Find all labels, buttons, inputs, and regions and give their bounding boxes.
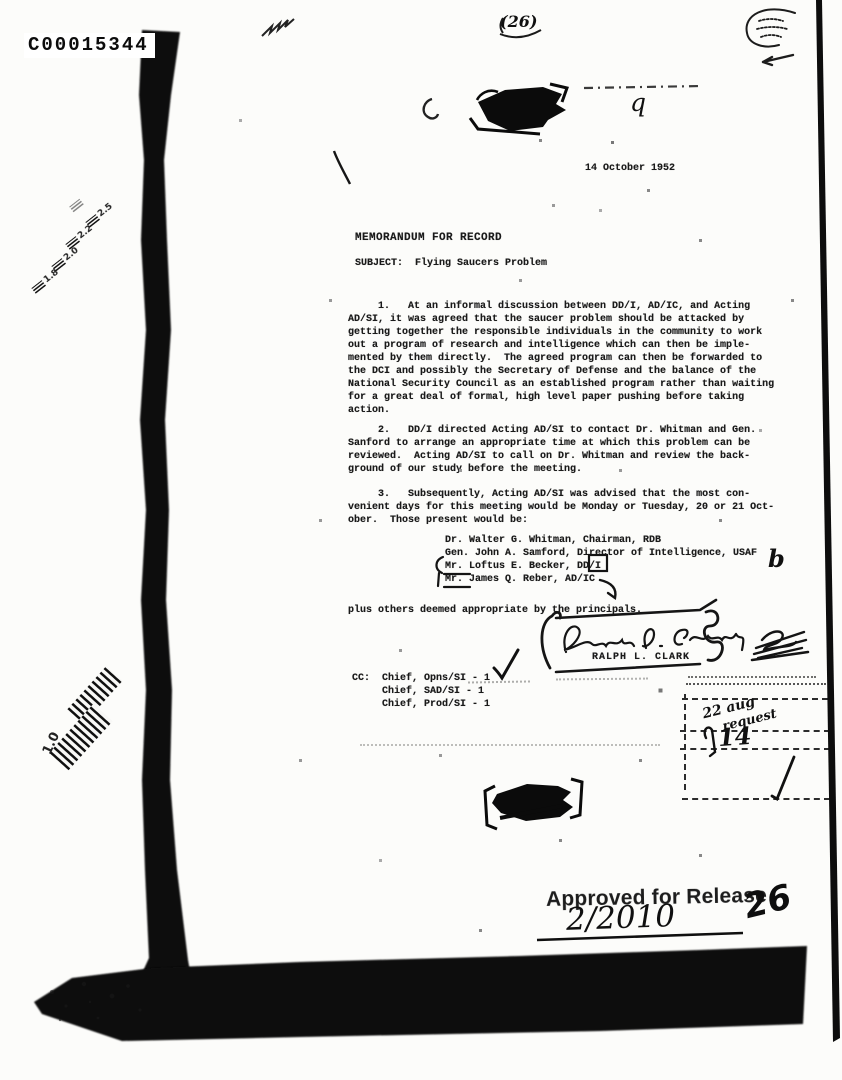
- crossed-initials-scribble: [752, 632, 808, 661]
- redaction-scribble-top: [470, 84, 567, 134]
- release-date-handwritten: 2/2010: [565, 898, 675, 938]
- routing-box-left-edge: [684, 694, 686, 790]
- memo-heading: MEMORANDUM FOR RECORD: [355, 232, 502, 245]
- routing-box-line: [680, 748, 830, 750]
- page-edge-line: [816, 0, 840, 1042]
- res-bar: [31, 280, 46, 294]
- routing-box: 22 aug request 14: [680, 680, 832, 810]
- top-right-stamp-scribble: [747, 9, 795, 65]
- attendee-line: Mr. Loftus E. Becker, DD/I: [445, 560, 601, 573]
- stray-q-mark: q: [630, 88, 646, 117]
- stray-j-mark: [424, 99, 438, 118]
- res-bar: [69, 199, 84, 213]
- bottom-band-artifact: [34, 946, 807, 1041]
- memo-date: 14 October 1952: [585, 162, 675, 175]
- signature-typed-name: RALPH L. CLARK: [592, 651, 690, 664]
- pen-diagonal-mark: [334, 151, 350, 184]
- redaction-scribble-bottom: [485, 779, 582, 829]
- scanned-memo-page: C00015344 (26) q 2.5 2.2 2.0 1.8 1.0 14 …: [0, 0, 842, 1080]
- tiny-scribble-mark: [262, 19, 294, 36]
- resolution-chart-upper: 2.5 2.2 2.0 1.8: [18, 188, 138, 298]
- toner-speckles: [0, 0, 1, 1]
- smudge-row: [688, 676, 816, 678]
- circled-page-number: (26): [500, 12, 537, 31]
- memo-paragraph-2: 2. DD/I directed Acting AD/SI to contact…: [348, 424, 793, 476]
- signature-block: [525, 612, 725, 674]
- note-14: 14: [717, 721, 752, 752]
- cc-list: CC: Chief, Opns/SI - 1 Chief, SAD/SI - 1…: [352, 672, 490, 711]
- document-id-label: C00015344: [24, 33, 155, 58]
- resolution-chart-lower: 1.0: [14, 672, 134, 792]
- cc-checkmark: [494, 650, 518, 678]
- routing-box-line: [682, 798, 830, 800]
- smudge-row: [360, 744, 660, 746]
- attendee-line: Dr. Walter G. Whitman, Chairman, RDB: [445, 534, 661, 547]
- routing-box-top: [686, 683, 826, 685]
- binding-band-artifact: [126, 30, 196, 1008]
- memo-paragraph-1: 1. At an informal discussion between DD/…: [348, 300, 793, 417]
- attendee-line: Mr. James Q. Reber, AD/IC: [445, 573, 595, 586]
- smudge-row: [468, 680, 530, 683]
- stray-b-mark: b: [768, 544, 785, 573]
- routing-box-line: [680, 730, 830, 732]
- routing-box-line: [682, 698, 828, 700]
- scan-artifacts-layer: [0, 0, 842, 1080]
- res-number: 2.5: [96, 202, 115, 220]
- memo-subject: SUBJECT: Flying Saucers Problem: [355, 257, 547, 270]
- smudge-row: [556, 678, 648, 681]
- memo-paragraph-3: 3. Subsequently, Acting AD/SI was advise…: [348, 488, 793, 527]
- band-speckle: [50, 982, 142, 1021]
- res-number: 2.0: [62, 246, 81, 264]
- attendee-line: Gen. John A. Samford, Director of Intell…: [445, 547, 757, 560]
